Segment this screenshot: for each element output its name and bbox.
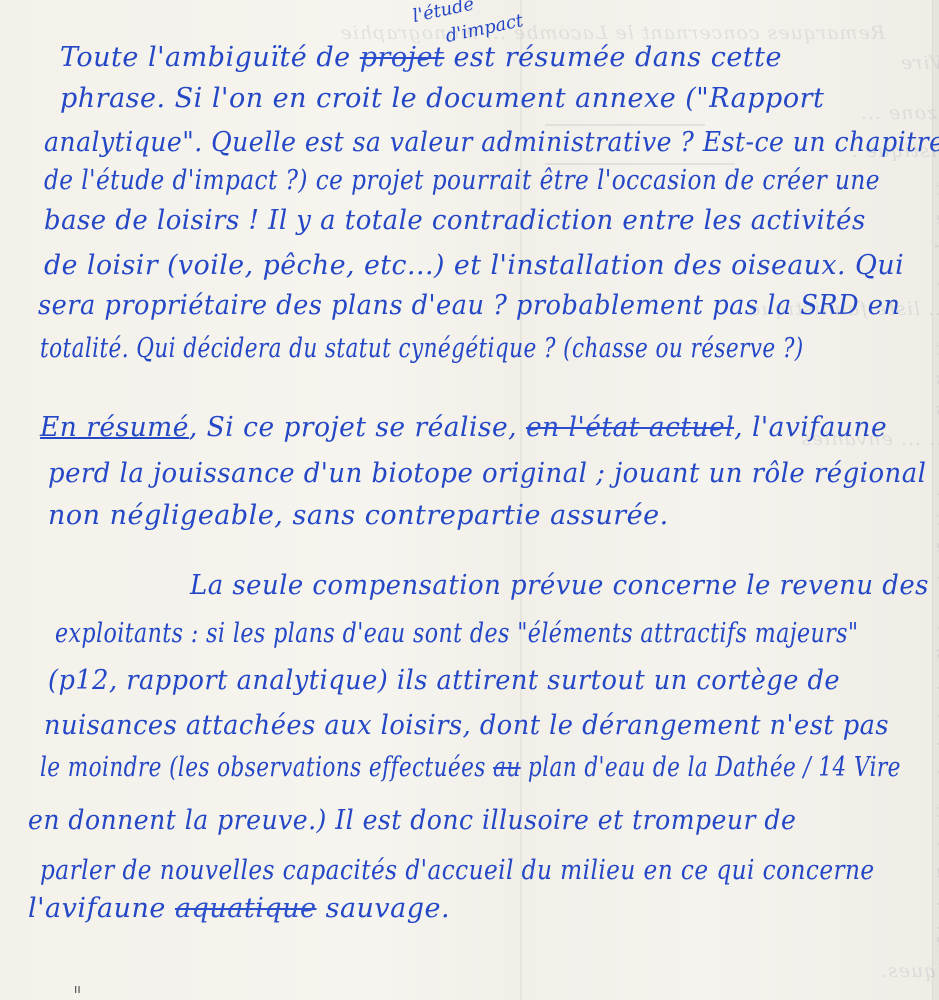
text-segment: l'avifaune — [28, 893, 175, 924]
text-line-3: analytique". Quelle est sa valeur admini… — [44, 127, 939, 158]
text-line-19: l'avifaune aquatique sauvage. — [28, 893, 450, 924]
text-segment: Toute l'ambiguïté de — [60, 42, 360, 73]
struck-phrase: en l'état actuel — [526, 412, 734, 443]
handwritten-text: l'étude d'impact Toute l'ambiguïté de pr… — [0, 0, 939, 1000]
text-line-9: En résumé, Si ce projet se réalise, en l… — [40, 412, 887, 443]
letter-page: Remarques concernant le Lacombe ... mono… — [0, 0, 939, 1000]
text-line-16: le moindre (les observations effectuées … — [40, 752, 901, 783]
text-segment: est résumée dans cette — [444, 42, 782, 73]
text-line-2: phrase. Si l'on en croit le document ann… — [60, 83, 824, 114]
text-line-17: en donnent la preuve.) Il est donc illus… — [28, 805, 796, 836]
text-line-8: totalité. Qui décidera du statut cynégét… — [40, 333, 804, 364]
text-line-15: nuisances attachées aux loisirs, dont le… — [44, 710, 889, 741]
text-line-14: (p12, rapport analytique) ils attirent s… — [48, 665, 840, 696]
stray-mark: ıı — [74, 982, 81, 996]
text-line-4: de l'étude d'impact ?) ce projet pourrai… — [44, 165, 880, 196]
struck-word: projet — [360, 42, 445, 73]
underlined-heading: En résumé — [40, 412, 189, 443]
text-line-11: non négligeable, sans contrepartie assur… — [48, 500, 669, 531]
text-line-5: base de loisirs ! Il y a totale contradi… — [44, 205, 866, 236]
text-line-6: de loisir (voile, pêche, etc...) et l'in… — [44, 250, 904, 281]
text-line-7: sera propriétaire des plans d'eau ? prob… — [38, 290, 900, 321]
text-line-18: parler de nouvelles capacités d'accueil … — [40, 855, 875, 886]
struck-word: au — [493, 752, 521, 783]
text-segment: le moindre (les observations effectuées — [40, 752, 493, 783]
text-line-12: La seule compensation prévue concerne le… — [190, 570, 929, 601]
text-segment: , l'avifaune — [734, 412, 887, 443]
text-segment: , Si ce projet se réalise, — [189, 412, 526, 443]
text-segment: sauvage. — [317, 893, 451, 924]
struck-word: aquatique — [175, 893, 317, 924]
text-segment: plan d'eau de la Dathée / 14 Vire — [521, 752, 901, 783]
text-line-1: Toute l'ambiguïté de projet est résumée … — [60, 42, 840, 73]
text-line-13: exploitants : si les plans d'eau sont de… — [55, 618, 859, 649]
text-line-10: perd la jouissance d'un biotope original… — [48, 458, 926, 489]
